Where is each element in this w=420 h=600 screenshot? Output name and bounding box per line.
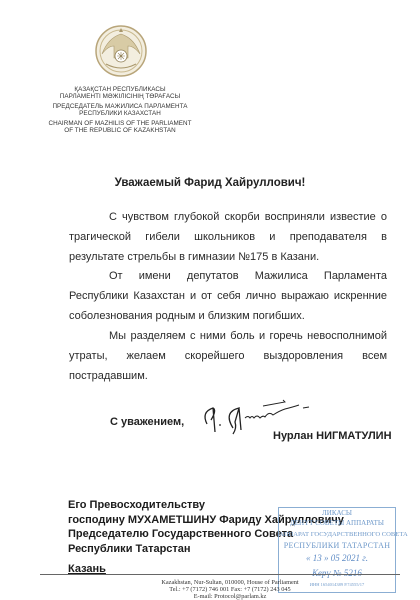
stamp-line: РЕСПУБЛИКИ ТАТАРСТАН [279,541,395,550]
footer-divider [40,574,400,575]
letterhead-line: OF THE REPUBLIC OF KAZAKHSTAN [30,127,210,134]
body-paragraph: Мы разделяем с ними боль и горечь невосп… [69,326,387,386]
letterhead-line: CHAIRMAN OF MAZHILIS OF THE PARLIAMENT [30,120,210,127]
stamp-number: Керү № 5216 [279,568,395,578]
letterhead-line: ПАРЛАМЕНТІ МӘЖІЛІСІНІҢ ТӨРАҒАСЫ [30,93,210,100]
letterhead-line: ҚАЗАҚСТАН РЕСПУБЛИКАСЫ [30,86,210,93]
state-emblem-icon [94,24,148,78]
stamp-line: АППАРАТ ГОСУДАРСТВЕННОГО СОВЕТА [279,531,395,538]
paragraph-text: Мы разделяем с ними боль и горечь невосп… [69,330,387,382]
body-paragraph: С чувством глубокой скорби восприняли из… [69,207,387,267]
stamp-line: ДЕНҮТ СОВЕТЫ АППАРАТЫ [279,519,395,527]
signer-name: Нурлан НИГМАТУЛИН [273,430,392,442]
letterhead-kazakh: ҚАЗАҚСТАН РЕСПУБЛИКАСЫ ПАРЛАМЕНТІ МӘЖІЛІ… [30,86,210,101]
letterhead-russian: ПРЕДСЕДАТЕЛЬ МАЖИЛИСА ПАРЛАМЕНТА РЕСПУБЛ… [30,103,210,118]
stamp-date: « 13 » 05 2021 г. [279,553,395,563]
letterhead-line: ПРЕДСЕДАТЕЛЬ МАЖИЛИСА ПАРЛАМЕНТА [30,103,210,110]
footer-email: E-mail: Protocol@parlam.kz [120,593,340,600]
footer-address: Kazakhstan, Nur-Sultan, 010000, House of… [120,579,340,586]
letterhead-english: CHAIRMAN OF MAZHILIS OF THE PARLIAMENT O… [30,120,210,135]
paragraph-text: От имени депутатов Мажилиса Парламента Р… [69,270,387,322]
greeting: Уважаемый Фарид Хайруллович! [0,177,420,189]
footer-phones: Tel.: +7 (7172) 746 001 Fax: +7 (7172) 2… [120,586,340,593]
closing: С уважением, [110,416,184,428]
stamp-line: ЛИКАСЫ [279,509,395,517]
paragraph-text: С чувством глубокой скорби восприняли из… [69,211,387,263]
letterhead-line: РЕСПУБЛИКИ КАЗАХСТАН [30,110,210,117]
footer-contacts: Kazakhstan, Nur-Sultan, 010000, House of… [120,579,340,600]
body-paragraph: От имени депутатов Мажилиса Парламента Р… [69,266,387,326]
